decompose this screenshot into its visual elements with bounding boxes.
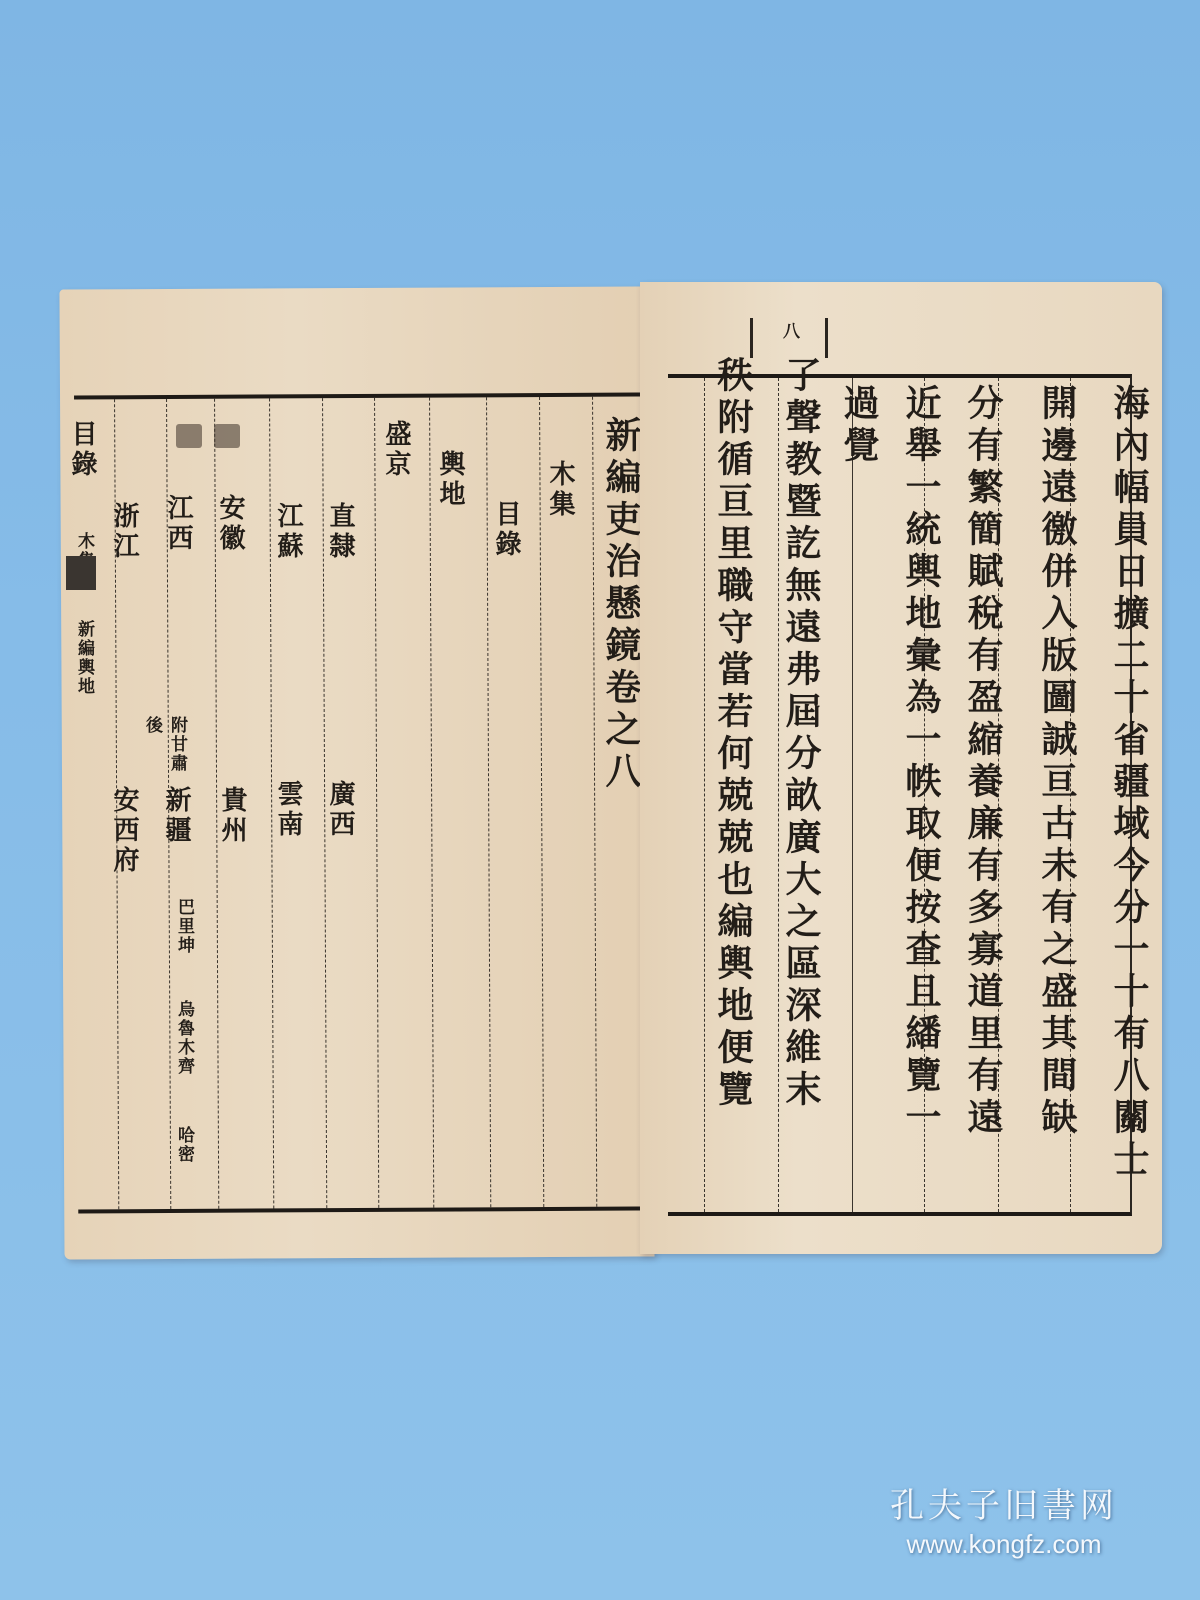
fishtail-mark: 八 — [750, 318, 828, 358]
text-column-2: 開邊遠徼併入版圖誠亘古未有之盛其間缺 — [1032, 384, 1083, 1140]
spine-sub: 新編輿地 — [72, 620, 97, 696]
subregion-balikun: 巴里坤 — [172, 898, 197, 955]
text-column-4: 近舉一統輿地彙為一帙取便按查且繙覽一 — [896, 384, 947, 1140]
seal-icon — [214, 424, 240, 448]
region-yunnan: 雲南 — [270, 780, 307, 840]
topic-label: 輿地 — [432, 450, 469, 510]
region-guangxi: 廣西 — [322, 780, 359, 840]
region-guizhou: 貴州 — [214, 786, 251, 846]
subregion-urumqi: 烏魯木齊 — [172, 1000, 197, 1076]
watermark-name: 孔夫子旧書网 — [890, 1478, 1118, 1527]
column-rule — [374, 398, 379, 1208]
region-anhui: 安徽 — [212, 494, 249, 554]
watermark-url: www.kongfz.com — [890, 1529, 1118, 1560]
center-rule — [852, 378, 853, 1212]
region-jiangxi: 江西 — [160, 494, 197, 554]
text-column-7: 秩附循亘里職守當若何兢兢也編輿地便覽 — [708, 356, 759, 1112]
margin-label: 目錄 — [64, 420, 101, 480]
text-column-6: 了聲教暨訖無遠弗屆分畝廣大之區深維末 — [776, 356, 827, 1112]
watermark: 孔夫子旧書网 www.kongfz.com — [890, 1478, 1118, 1560]
region-anxifu: 安西府 — [106, 786, 143, 876]
spine-black-block — [66, 556, 96, 590]
note-attached-gansu: 附甘肅後 — [150, 716, 190, 786]
text-column-3: 分有繁簡賦稅有盈縮養廉有多寡道里有遠 — [958, 384, 1009, 1140]
seal-icon — [176, 424, 202, 448]
column-rule — [704, 378, 705, 1212]
section-label: 木集 — [542, 460, 579, 520]
subregion-hami: 哈密 — [172, 1126, 197, 1164]
region-xinjiang: 新疆 — [158, 786, 195, 846]
region-shengjing: 盛京 — [378, 420, 415, 480]
region-zhili: 直隸 — [322, 502, 359, 562]
left-page — [59, 286, 654, 1259]
text-column-1: 海內幅員日擴二十省疆域今分一十有八關士 — [1104, 384, 1155, 1182]
text-column-5: 過覺 — [834, 384, 885, 468]
region-jiangsu: 江蘇 — [270, 502, 307, 562]
contents-label: 目錄 — [488, 500, 525, 560]
column-rule — [429, 398, 434, 1208]
region-zhejiang: 浙江 — [106, 502, 143, 562]
